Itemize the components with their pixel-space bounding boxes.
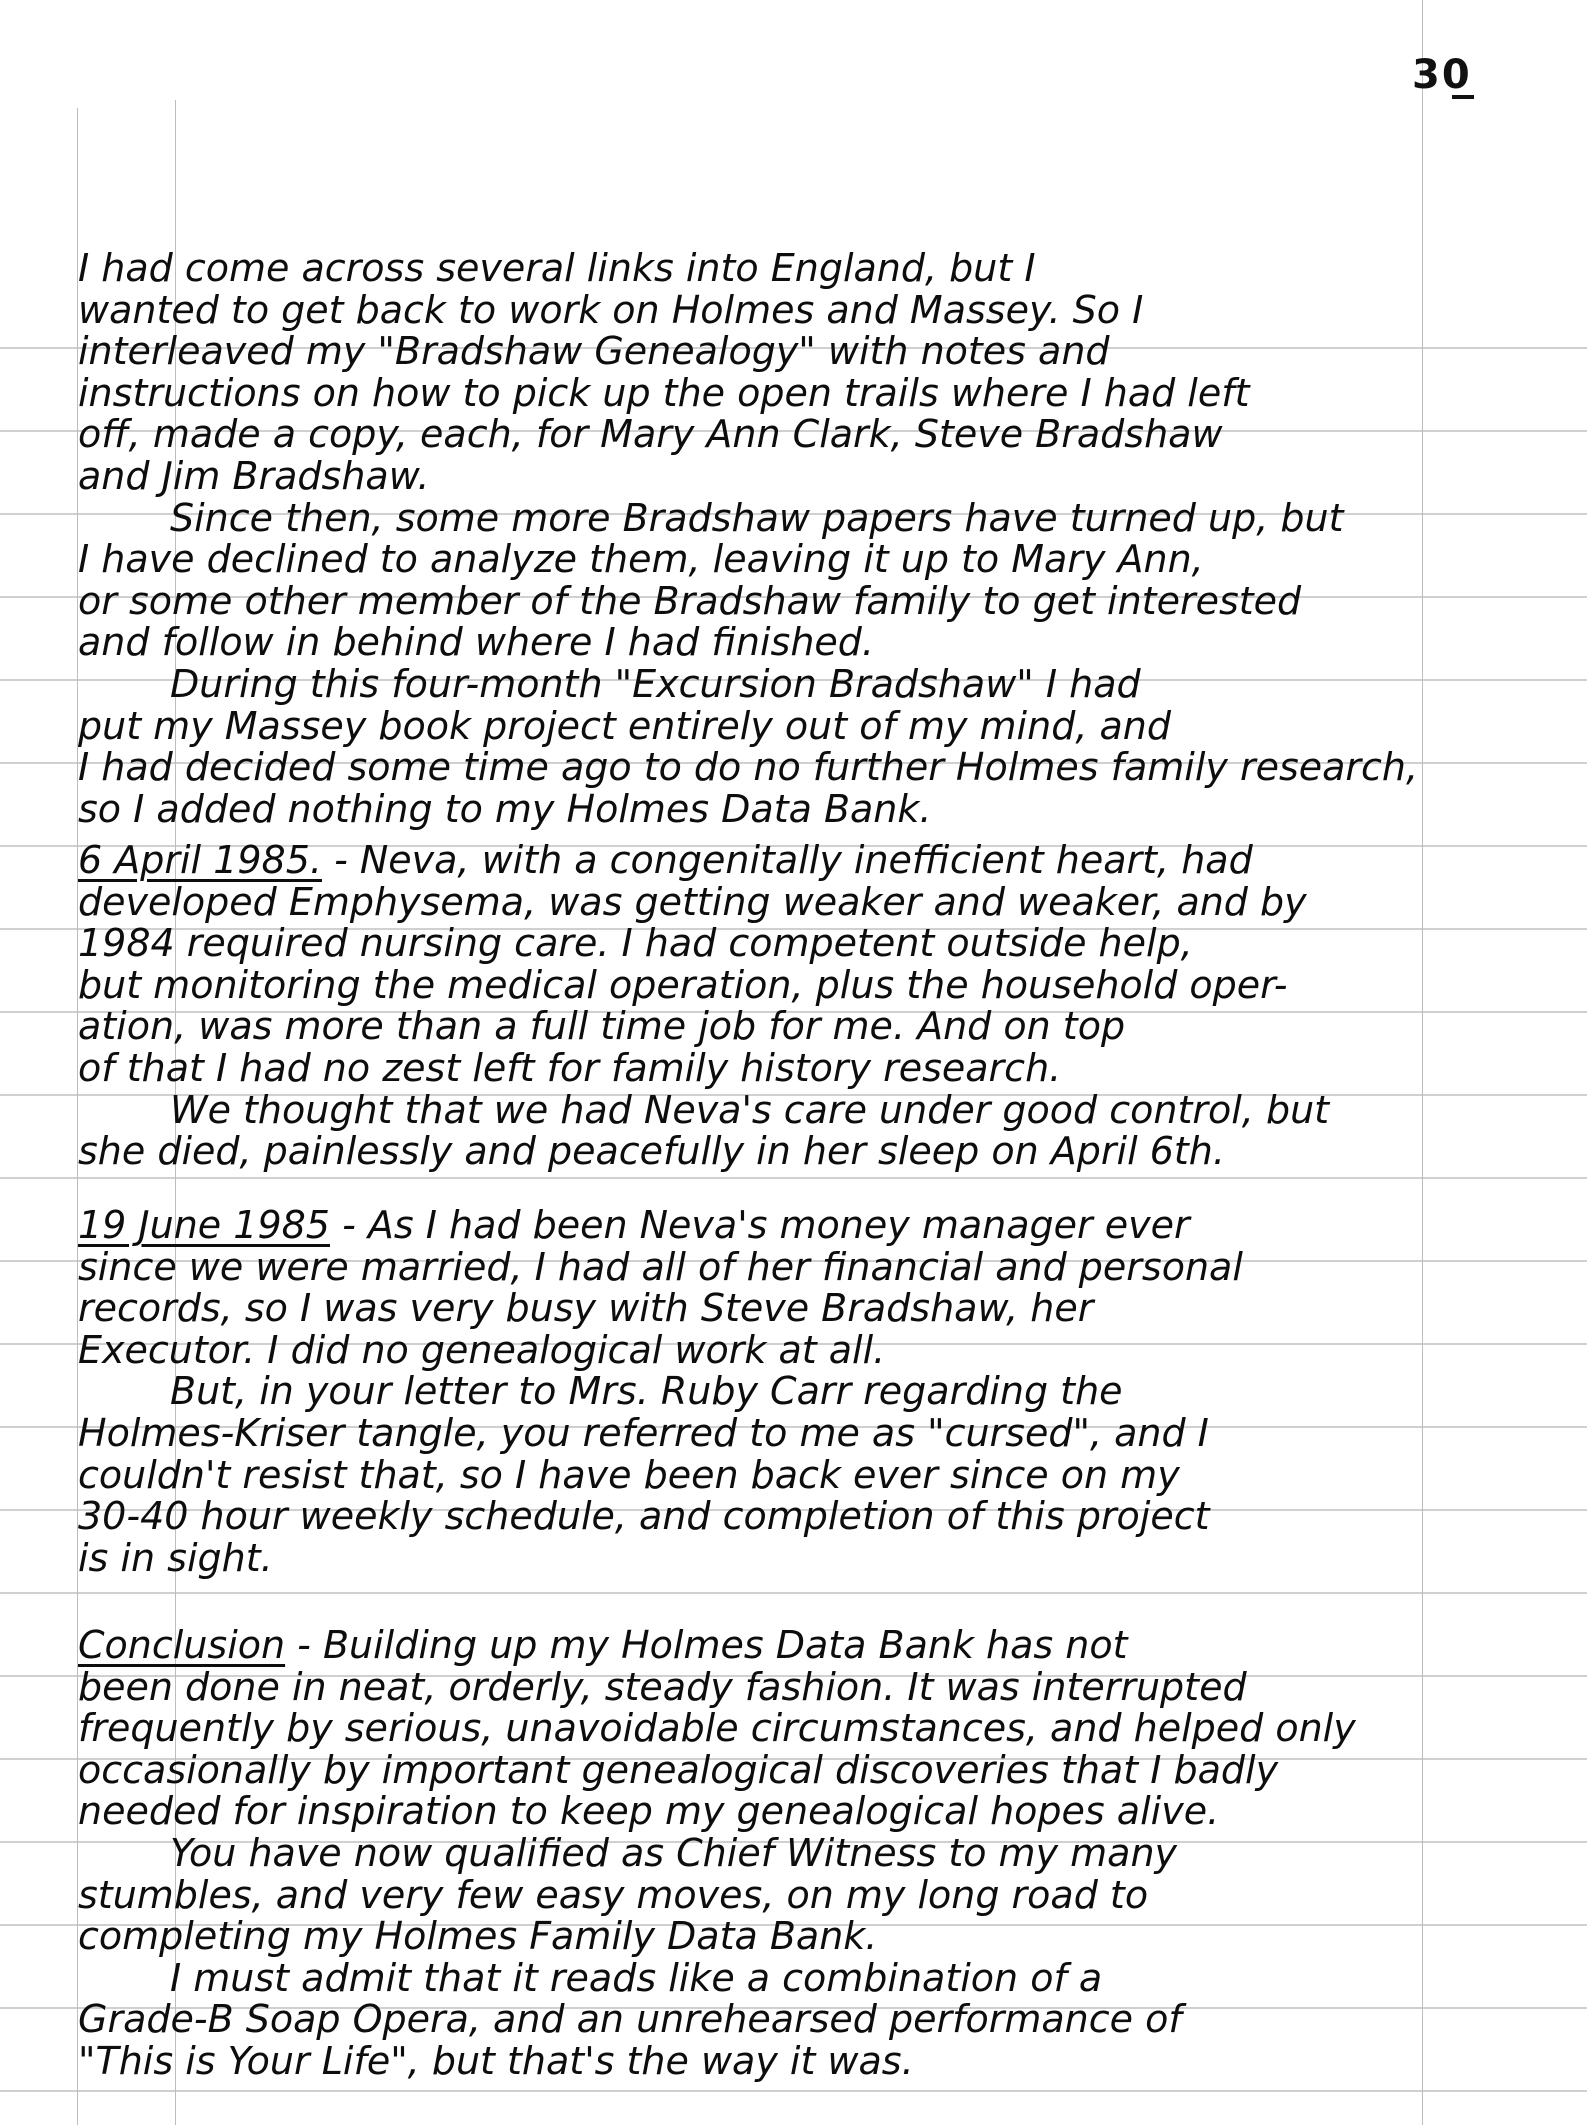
text-line: 30-40 hour weekly schedule, and completi… — [78, 1496, 1478, 1538]
text-line: she died, painlessly and peacefully in h… — [78, 1131, 1478, 1173]
line-text: interleaved my "Bradshaw Genealogy" with… — [78, 329, 1110, 373]
text-line: put my Massey book project entirely out … — [78, 706, 1478, 748]
line-text: of that I had no zest left for family hi… — [78, 1046, 1061, 1090]
text-line: Executor. I did no genealogical work at … — [78, 1330, 1478, 1372]
text-line: You have now qualified as Chief Witness … — [78, 1833, 1478, 1875]
page-number-underline — [1452, 95, 1474, 99]
line-text: - Neva, with a congenitally inefficient … — [322, 838, 1253, 882]
line-text: wanted to get back to work on Holmes and… — [78, 288, 1143, 332]
text-line: interleaved my "Bradshaw Genealogy" with… — [78, 331, 1478, 373]
line-text: stumbles, and very few easy moves, on my… — [78, 1873, 1148, 1917]
text-line: "This is Your Life", but that's the way … — [78, 2041, 1478, 2083]
text-line: I must admit that it reads like a combin… — [78, 1958, 1478, 2000]
line-text: and follow in behind where I had finishe… — [78, 620, 874, 664]
line-text: You have now qualified as Chief Witness … — [170, 1831, 1177, 1875]
line-text: couldn't resist that, so I have been bac… — [78, 1453, 1180, 1497]
text-line: Since then, some more Bradshaw papers ha… — [78, 498, 1478, 540]
section-intro: I had come across several links into Eng… — [78, 248, 1478, 830]
line-text: but monitoring the medical operation, pl… — [78, 963, 1287, 1007]
ruled-line — [0, 1592, 1587, 1594]
text-line: 19 June 1985 - As I had been Neva's mone… — [78, 1205, 1478, 1247]
text-line: wanted to get back to work on Holmes and… — [78, 290, 1478, 332]
line-text: is in sight. — [78, 1536, 273, 1580]
text-line: records, so I was very busy with Steve B… — [78, 1288, 1478, 1330]
line-text: We thought that we had Neva's care under… — [170, 1088, 1329, 1132]
line-text: she died, painlessly and peacefully in h… — [78, 1129, 1225, 1173]
text-line: so I added nothing to my Holmes Data Ban… — [78, 789, 1478, 831]
text-line: But, in your letter to Mrs. Ruby Carr re… — [78, 1371, 1478, 1413]
line-text: since we were married, I had all of her … — [78, 1245, 1243, 1289]
text-line: been done in neat, orderly, steady fashi… — [78, 1667, 1478, 1709]
line-text: I had come across several links into Eng… — [78, 246, 1036, 290]
text-line: I have declined to analyze them, leaving… — [78, 539, 1478, 581]
line-text: off, made a copy, each, for Mary Ann Cla… — [78, 412, 1223, 456]
text-line: or some other member of the Bradshaw fam… — [78, 581, 1478, 623]
line-text: occasionally by important genealogical d… — [78, 1748, 1278, 1792]
line-text: I had decided some time ago to do no fur… — [78, 745, 1418, 789]
text-line: off, made a copy, each, for Mary Ann Cla… — [78, 414, 1478, 456]
text-line: frequently by serious, unavoidable circu… — [78, 1708, 1478, 1750]
line-text: completing my Holmes Family Data Bank. — [78, 1914, 877, 1958]
line-text: been done in neat, orderly, steady fashi… — [78, 1665, 1247, 1709]
line-text: - Building up my Holmes Data Bank has no… — [285, 1623, 1127, 1667]
text-line: completing my Holmes Family Data Bank. — [78, 1916, 1478, 1958]
text-line: I had decided some time ago to do no fur… — [78, 747, 1478, 789]
line-text: But, in your letter to Mrs. Ruby Carr re… — [170, 1369, 1123, 1413]
line-text: so I added nothing to my Holmes Data Ban… — [78, 787, 931, 831]
text-line: Holmes-Kriser tangle, you referred to me… — [78, 1413, 1478, 1455]
text-line: Grade-B Soap Opera, and an unrehearsed p… — [78, 1999, 1478, 2041]
section-april-1985: 6 April 1985. - Neva, with a congenitall… — [78, 840, 1478, 1173]
text-line: and follow in behind where I had finishe… — [78, 622, 1478, 664]
section-heading: 6 April 1985. — [78, 838, 322, 882]
line-text: 1984 required nursing care. I had compet… — [78, 921, 1193, 965]
text-line: We thought that we had Neva's care under… — [78, 1090, 1478, 1132]
text-line: is in sight. — [78, 1538, 1478, 1580]
line-text: put my Massey book project entirely out … — [78, 704, 1171, 748]
text-line: instructions on how to pick up the open … — [78, 373, 1478, 415]
text-line: ation, was more than a full time job for… — [78, 1006, 1478, 1048]
text-line: 1984 required nursing care. I had compet… — [78, 923, 1478, 965]
text-line: stumbles, and very few easy moves, on my… — [78, 1875, 1478, 1917]
page-number: 30 — [1412, 52, 1472, 98]
line-text: Holmes-Kriser tangle, you referred to me… — [78, 1411, 1209, 1455]
text-line: but monitoring the medical operation, pl… — [78, 965, 1478, 1007]
text-line: I had come across several links into Eng… — [78, 248, 1478, 290]
text-line: of that I had no zest left for family hi… — [78, 1048, 1478, 1090]
line-text: - As I had been Neva's money manager eve… — [330, 1203, 1190, 1247]
ruled-line — [0, 1177, 1587, 1179]
text-line: occasionally by important genealogical d… — [78, 1750, 1478, 1792]
section-heading: Conclusion — [78, 1623, 285, 1667]
line-text: Grade-B Soap Opera, and an unrehearsed p… — [78, 1997, 1182, 2041]
line-text: I must admit that it reads like a combin… — [170, 1956, 1102, 2000]
line-text: During this four-month "Excursion Bradsh… — [170, 662, 1141, 706]
text-line: since we were married, I had all of her … — [78, 1247, 1478, 1289]
line-text: and Jim Bradshaw. — [78, 454, 429, 498]
line-text: Since then, some more Bradshaw papers ha… — [170, 496, 1343, 540]
text-line: couldn't resist that, so I have been bac… — [78, 1455, 1478, 1497]
line-text: or some other member of the Bradshaw fam… — [78, 579, 1301, 623]
line-text: developed Emphysema, was getting weaker … — [78, 880, 1307, 924]
section-heading: 19 June 1985 — [78, 1203, 330, 1247]
handwritten-page: 30 I had come across several links into … — [0, 0, 1587, 2125]
text-line: During this four-month "Excursion Bradsh… — [78, 664, 1478, 706]
ruled-line — [0, 2090, 1587, 2092]
section-june-1985: 19 June 1985 - As I had been Neva's mone… — [78, 1205, 1478, 1579]
line-text: 30-40 hour weekly schedule, and completi… — [78, 1494, 1210, 1538]
line-text: I have declined to analyze them, leaving… — [78, 537, 1204, 581]
line-text: records, so I was very busy with Steve B… — [78, 1286, 1093, 1330]
text-line: Conclusion - Building up my Holmes Data … — [78, 1625, 1478, 1667]
text-line: and Jim Bradshaw. — [78, 456, 1478, 498]
text-line: developed Emphysema, was getting weaker … — [78, 882, 1478, 924]
line-text: instructions on how to pick up the open … — [78, 371, 1250, 415]
text-line: needed for inspiration to keep my geneal… — [78, 1791, 1478, 1833]
line-text: "This is Your Life", but that's the way … — [78, 2039, 914, 2083]
line-text: needed for inspiration to keep my geneal… — [78, 1789, 1219, 1833]
section-conclusion: Conclusion - Building up my Holmes Data … — [78, 1625, 1478, 2083]
text-line: 6 April 1985. - Neva, with a congenitall… — [78, 840, 1478, 882]
line-text: ation, was more than a full time job for… — [78, 1004, 1125, 1048]
line-text: Executor. I did no genealogical work at … — [78, 1328, 885, 1372]
line-text: frequently by serious, unavoidable circu… — [78, 1706, 1356, 1750]
